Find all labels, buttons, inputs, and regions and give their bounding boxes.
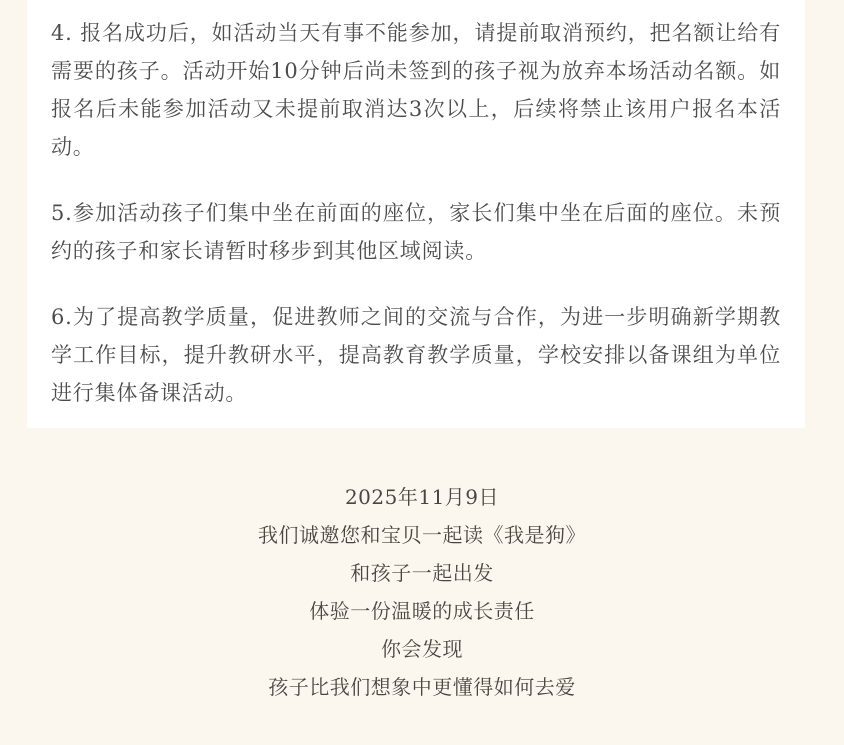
notice-paragraph-4: 4. 报名成功后，如活动当天有事不能参加，请提前取消预约，把名额让给有需要的孩子… <box>51 14 781 166</box>
notice-card: 4. 报名成功后，如活动当天有事不能参加，请提前取消预约，把名额让给有需要的孩子… <box>27 0 805 428</box>
closing-section: 2025年11月9日 我们诚邀您和宝贝一起读《我是狗》 和孩子一起出发 体验一份… <box>0 478 844 706</box>
closing-line-depart: 和孩子一起出发 <box>0 554 844 592</box>
closing-date: 2025年11月9日 <box>0 478 844 516</box>
notice-paragraph-6: 6.为了提高教学质量，促进教师之间的交流与合作，为进一步明确新学期教学工作目标，… <box>51 298 781 412</box>
closing-line-experience: 体验一份温暖的成长责任 <box>0 592 844 630</box>
closing-line-discover: 你会发现 <box>0 630 844 668</box>
article-page: { "page": { "background_color": "#fcf7ee… <box>0 0 844 745</box>
notice-paragraph-5: 5.参加活动孩子们集中坐在前面的座位，家长们集中坐在后面的座位。未预约的孩子和家… <box>51 194 781 270</box>
closing-line-invite: 我们诚邀您和宝贝一起读《我是狗》 <box>0 516 844 554</box>
article-body: 4. 报名成功后，如活动当天有事不能参加，请提前取消预约，把名额让给有需要的孩子… <box>0 0 844 706</box>
closing-line-love: 孩子比我们想象中更懂得如何去爱 <box>0 668 844 706</box>
